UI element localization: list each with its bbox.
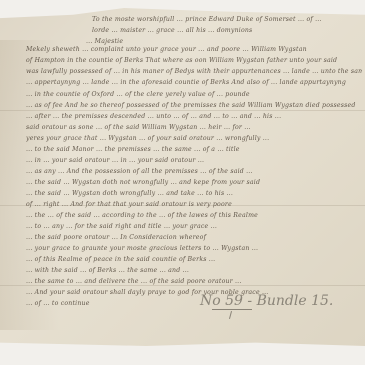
body-line: of ... right ... And for that that your …: [26, 201, 362, 208]
body-line: ... the said ... Wygstan doth not wrongf…: [26, 179, 362, 186]
body-line: ... in the countie of Oxford ... of the …: [26, 91, 362, 98]
body-line: ... of this Realme of peace in the said …: [26, 256, 362, 263]
body-line: ... appertaynyng ... lande ... in the af…: [26, 79, 362, 86]
body-line: ... as any ... And the possession of all…: [26, 168, 362, 175]
archive-reference-note: No 59 - Bundle 15.: [200, 293, 333, 309]
body-line: ... your grace to graunte your moste gra…: [26, 245, 362, 252]
body-line: ... the ... of the said ... according to…: [26, 212, 362, 219]
address-line: lorde ... maister ... grace ... all his …: [92, 27, 362, 34]
body-line: yeres your grace that ... Wygstan ... of…: [26, 135, 362, 142]
address-line: To the moste worshipfull ... prince Edwa…: [92, 16, 362, 23]
archive-underline: [212, 309, 252, 310]
body-line: said oratour as sone ... of the said Wil…: [26, 124, 362, 131]
body-line: of Hampton in the countie of Berks That …: [26, 57, 362, 64]
body-line: ... after ... the premisses descended ..…: [26, 113, 362, 120]
fold-line: [0, 110, 365, 111]
body-line: ... the said poore oratour ... In Consid…: [26, 234, 362, 241]
address-line: ... Majestie: [86, 38, 166, 45]
body-line: Mekely sheweth ... complaint unto your g…: [26, 46, 362, 53]
body-line: ... in ... your said oratour ... in ... …: [26, 157, 362, 164]
body-line: was lawfully possessed of ... in his man…: [26, 68, 362, 75]
body-line: ... the said ... Wygstan doth wrongfully…: [26, 190, 362, 197]
body-line: ... to ... any ... for the said right an…: [26, 223, 362, 230]
body-line: ... of ... to continue: [26, 300, 166, 307]
body-line: ... to the said Manor ... the premisses …: [26, 146, 362, 153]
body-line: ... as of fee And he so thereof possesse…: [26, 102, 362, 109]
body-line: ... with the said ... of Berks ... the s…: [26, 267, 362, 274]
fold-line: [0, 285, 365, 286]
body-line: ... the same to ... and delivere the ...…: [26, 278, 362, 285]
